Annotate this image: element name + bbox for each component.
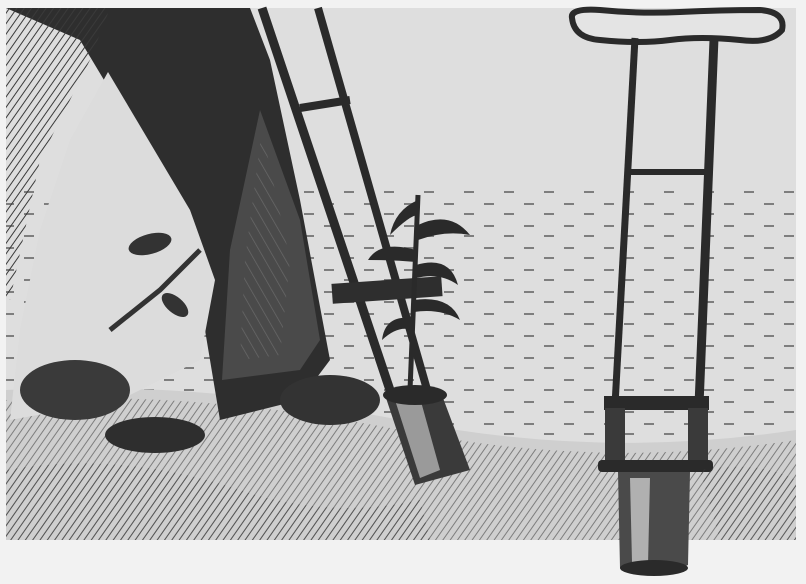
engraving-artwork: [0, 0, 806, 584]
bush: [20, 360, 130, 420]
illustration: [0, 0, 806, 584]
tube: [618, 472, 690, 573]
stone: [105, 417, 205, 453]
t-handle: [572, 10, 783, 42]
